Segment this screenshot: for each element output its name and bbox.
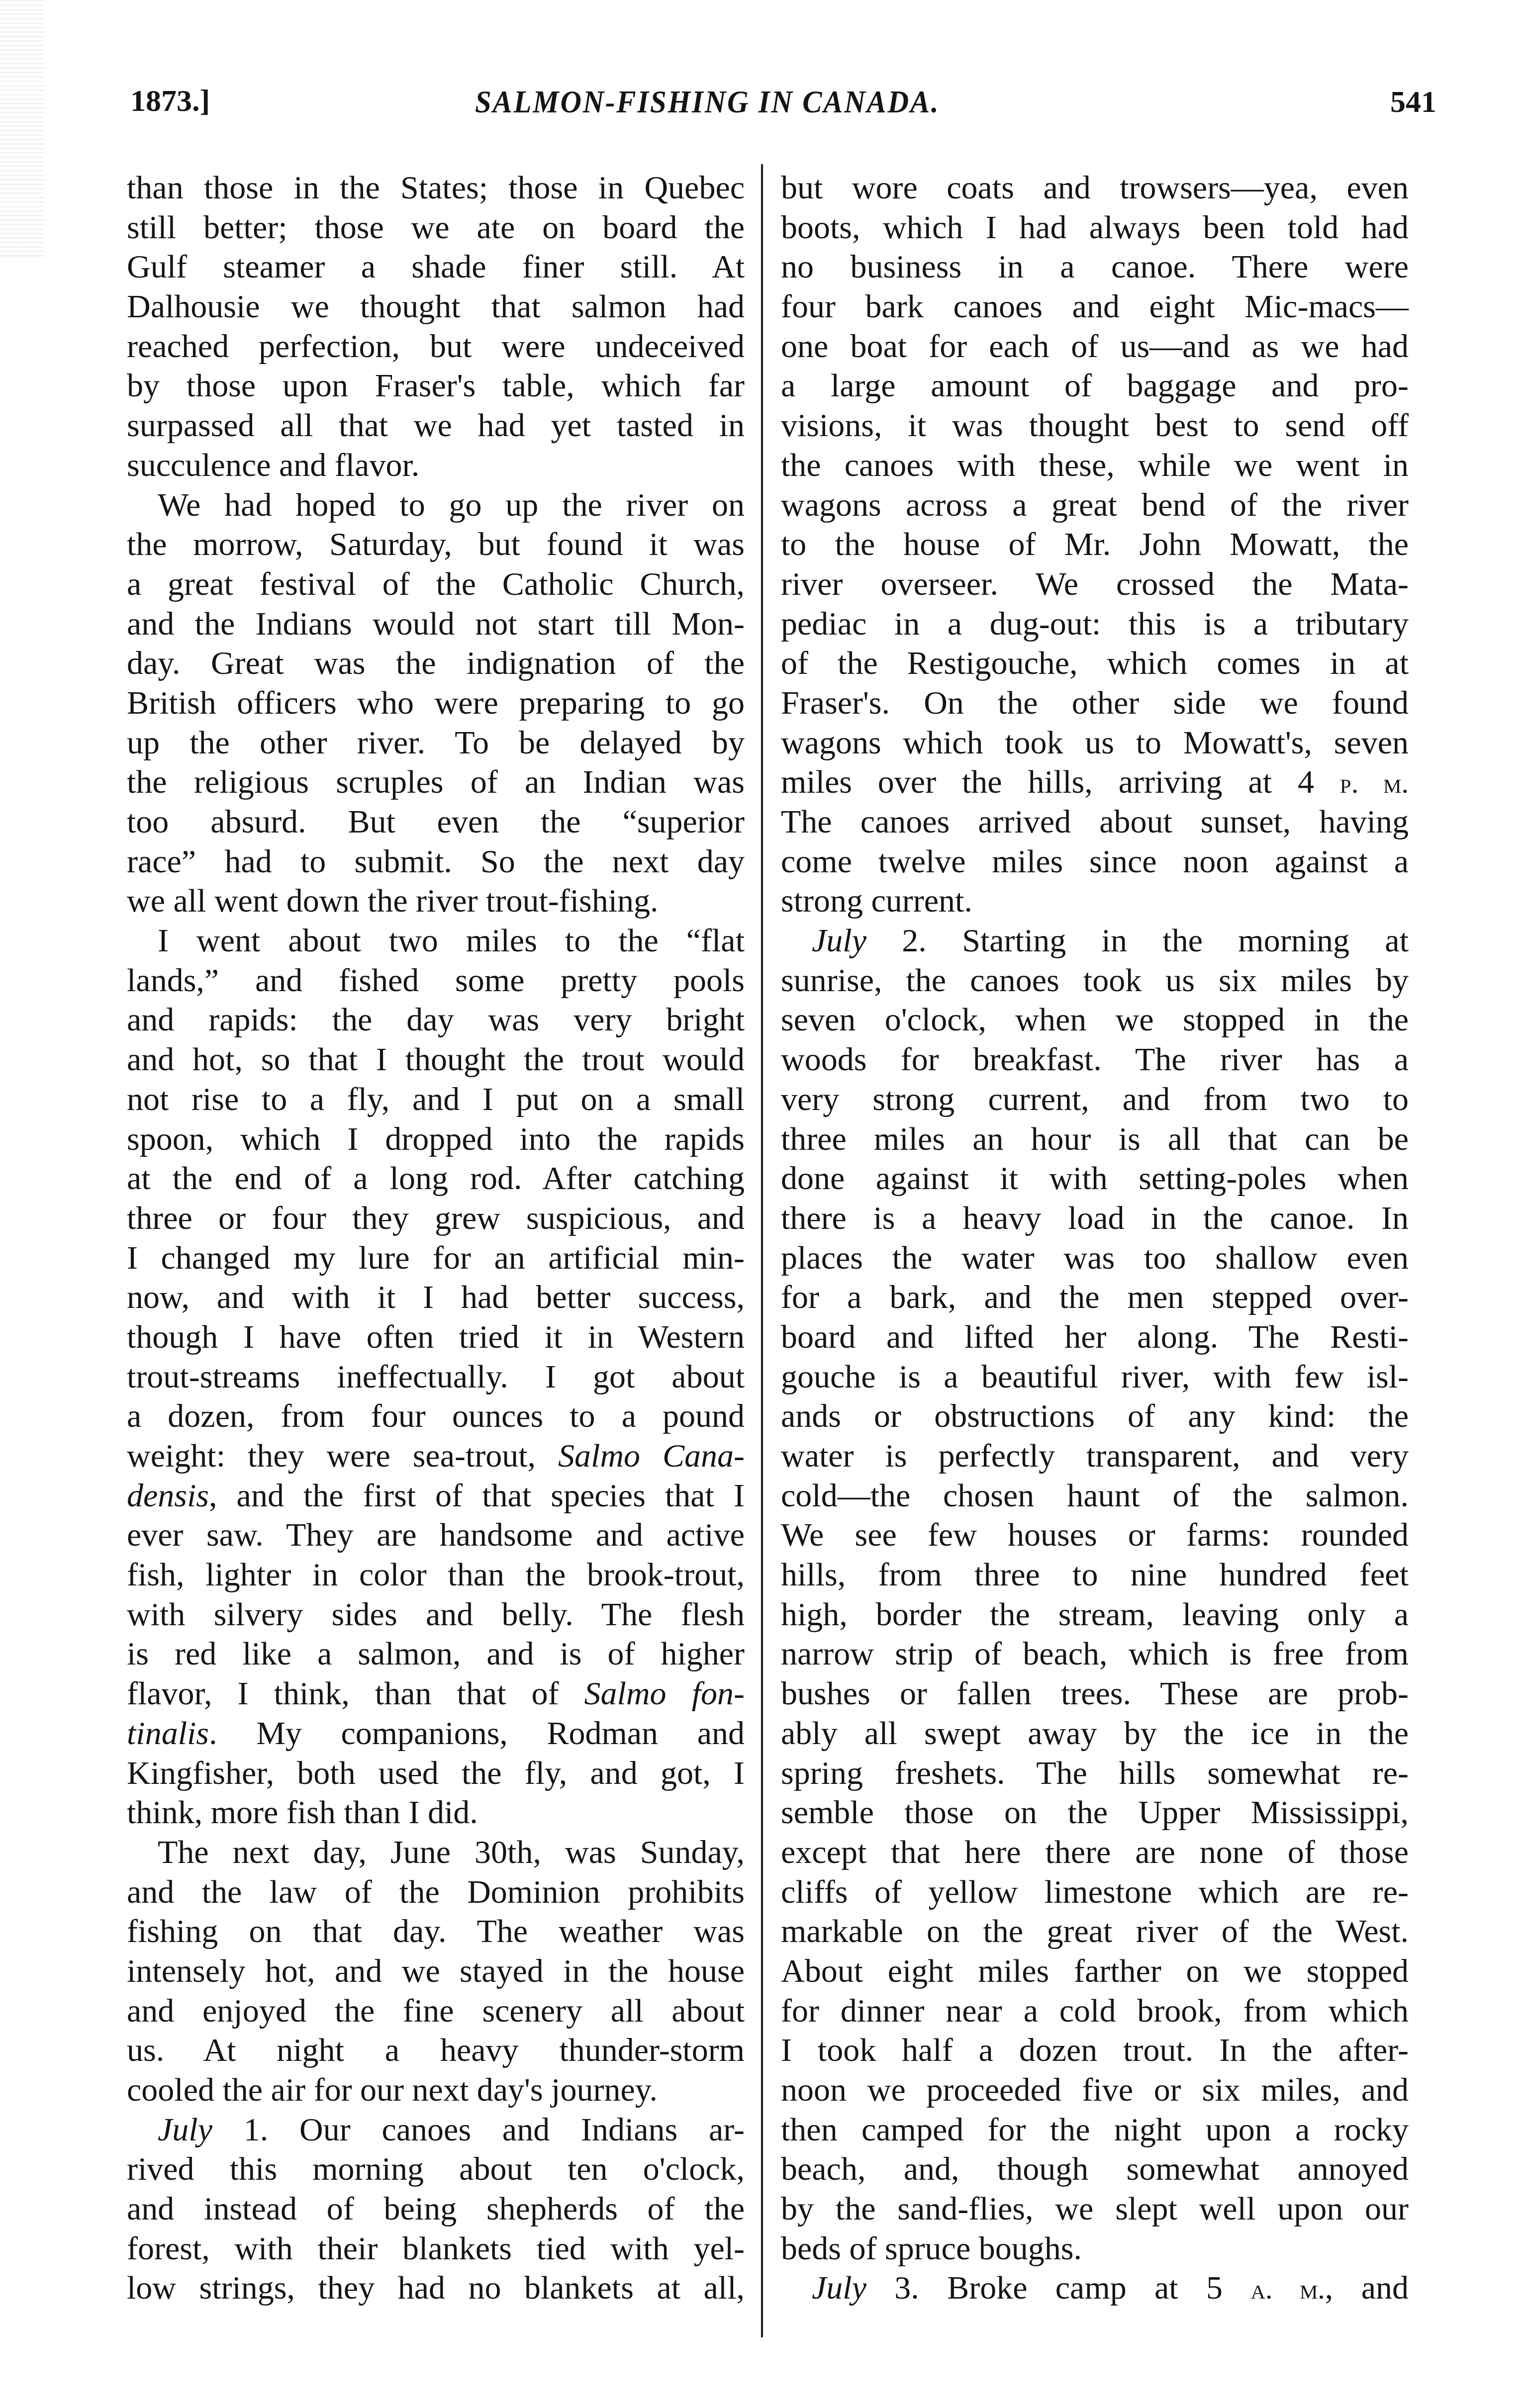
text-line: intensely hot, and we stayed in the hous… xyxy=(127,1951,745,1991)
text-line: and the law of the Dominion prohibits xyxy=(127,1872,745,1912)
line-text: the morrow, Saturday, but found it was xyxy=(127,526,745,562)
text-line: come twelve miles since noon against a xyxy=(781,842,1409,882)
line-text: one boat for each of us—and as we had xyxy=(781,328,1409,365)
text-line: by those upon Fraser's table, which far xyxy=(127,366,745,406)
text-line: visions, it was thought best to send off xyxy=(781,406,1409,446)
line-text: fishing on that day. The weather was xyxy=(127,1913,745,1949)
text-line: seven o'clock, when we stopped in the xyxy=(781,1000,1409,1040)
running-title: SALMON-FISHING IN CANADA. xyxy=(475,84,940,120)
text-line: except that here there are none of those xyxy=(781,1833,1409,1872)
text-line: of the Restigouche, which comes in at xyxy=(781,644,1409,683)
line-text: About eight miles farther on we stopped xyxy=(781,1953,1409,1989)
text-line: reached perfection, but were undeceived xyxy=(127,327,745,367)
text-line: beach, and, though somewhat annoyed xyxy=(781,2149,1409,2189)
line-text: river overseer. We crossed the Mata- xyxy=(781,566,1409,602)
line-text: visions, it was thought best to send off xyxy=(781,407,1409,444)
line-text: is red like a salmon, and is of higher xyxy=(127,1636,745,1672)
text-line: the canoes with these, while we went in xyxy=(781,446,1409,485)
line-text: surpassed all that we had yet tasted in xyxy=(127,407,745,444)
line-text: British officers who were preparing to g… xyxy=(127,685,745,721)
line-text: Dalhousie we thought that salmon had xyxy=(127,288,745,325)
line-text: bushes or fallen trees. These are prob- xyxy=(781,1675,1409,1712)
text-line: cooled the air for our next day's journe… xyxy=(127,2070,745,2110)
text-line: day. Great was the indignation of the xyxy=(127,644,745,683)
line-text: come twelve miles since noon against a xyxy=(781,843,1409,880)
text-line: Dalhousie we thought that salmon had xyxy=(127,287,745,327)
text-line: Kingfisher, both used the fly, and got, … xyxy=(127,1754,745,1793)
column-divider xyxy=(761,164,763,2337)
text-line: The canoes arrived about sunset, having xyxy=(781,802,1409,842)
line-text: wagons which took us to Mowatt's, seven xyxy=(781,725,1409,761)
text-line: a dozen, from four ounces to a pound xyxy=(127,1396,745,1436)
line-text: , and xyxy=(1325,2270,1409,2306)
page-number: 541 xyxy=(1390,85,1436,120)
line-text: ably all swept away by the ice in the xyxy=(781,1715,1409,1752)
text-line: river overseer. We crossed the Mata- xyxy=(781,564,1409,604)
text-line: pediac in a dug-out: this is a tributary xyxy=(781,604,1409,644)
text-line: at the end of a long rod. After catching xyxy=(127,1159,745,1199)
text-line: semble those on the Upper Mississippi, xyxy=(781,1793,1409,1833)
italic-text: densis xyxy=(127,1478,209,1514)
line-text: we all went down the river trout-fishing… xyxy=(127,883,659,919)
line-text: lands,” and fished some pretty pools xyxy=(127,962,745,999)
text-line: no business in a canoe. There were xyxy=(781,247,1409,287)
text-line: We had hoped to go up the river on xyxy=(127,485,745,525)
text-line: tinalis. My companions, Rodman and xyxy=(127,1714,745,1754)
italic-text: Salmo fon- xyxy=(584,1675,745,1712)
text-line: water is perfectly transparent, and very xyxy=(781,1436,1409,1476)
line-text: spring freshets. The hills somewhat re- xyxy=(781,1755,1409,1791)
text-line: too absurd. But even the “superior xyxy=(127,802,745,842)
line-text: narrow strip of beach, which is free fro… xyxy=(781,1636,1409,1672)
text-line: fish, lighter in color than the brook-tr… xyxy=(127,1555,745,1595)
line-text: The canoes arrived about sunset, having xyxy=(781,804,1409,840)
italic-text: July xyxy=(158,2112,212,2148)
line-text: forest, with their blankets tied with ye… xyxy=(127,2230,745,2267)
line-text: race” had to submit. So the next day xyxy=(127,843,745,880)
text-line: wagons across a great bend of the river xyxy=(781,485,1409,525)
text-line: beds of spruce boughs. xyxy=(781,2229,1409,2269)
line-text: and instead of being shepherds of the xyxy=(127,2191,745,2227)
line-text: miles over the hills, arriving at 4 xyxy=(781,764,1340,800)
line-text: strong current. xyxy=(781,883,972,919)
text-line: markable on the great river of the West. xyxy=(781,1912,1409,1951)
text-line: than those in the States; those in Quebe… xyxy=(127,168,745,208)
text-line: I went about two miles to the “flat xyxy=(127,921,745,961)
text-line: for dinner near a cold brook, from which xyxy=(781,1991,1409,2031)
text-line: one boat for each of us—and as we had xyxy=(781,327,1409,367)
line-text: by those upon Fraser's table, which far xyxy=(127,368,745,404)
text-line: sunrise, the canoes took us six miles by xyxy=(781,961,1409,1001)
text-line: is red like a salmon, and is of higher xyxy=(127,1634,745,1674)
line-text: at the end of a long rod. After catching xyxy=(127,1160,745,1197)
line-text: Kingfisher, both used the fly, and got, … xyxy=(127,1755,745,1791)
text-line: spring freshets. The hills somewhat re- xyxy=(781,1754,1409,1793)
line-text: and rapids: the day was very bright xyxy=(127,1002,745,1038)
text-line: the religious scruples of an Indian was xyxy=(127,762,745,802)
line-text: of the Restigouche, which comes in at xyxy=(781,645,1409,681)
text-line: gouche is a beautiful river, with few is… xyxy=(781,1357,1409,1397)
line-text: but wore coats and trowsers—yea, even xyxy=(781,170,1409,206)
text-line: up the other river. To be delayed by xyxy=(127,723,745,763)
text-line: by the sand-flies, we slept well upon ou… xyxy=(781,2189,1409,2229)
line-text: and hot, so that I thought the trout wou… xyxy=(127,1041,745,1078)
text-line: a great festival of the Catholic Church, xyxy=(127,564,745,604)
line-text: places the water was too shallow even xyxy=(781,1240,1409,1276)
text-line: hills, from three to nine hundred feet xyxy=(781,1555,1409,1595)
text-line: and instead of being shepherds of the xyxy=(127,2189,745,2229)
text-line: forest, with their blankets tied with ye… xyxy=(127,2229,745,2269)
text-line: with silvery sides and belly. The flesh xyxy=(127,1595,745,1635)
text-line: weight: they were sea-trout, Salmo Cana- xyxy=(127,1436,745,1476)
line-text: a dozen, from four ounces to a pound xyxy=(127,1398,745,1434)
line-text: very strong current, and from two to xyxy=(781,1081,1409,1117)
text-line: rived this morning about ten o'clock, xyxy=(127,2149,745,2189)
line-text: there is a heavy load in the canoe. In xyxy=(781,1200,1409,1236)
text-line: and enjoyed the fine scenery all about xyxy=(127,1991,745,2031)
italic-text: July xyxy=(812,923,866,959)
text-line: still better; those we ate on board the xyxy=(127,208,745,248)
line-text: three or four they grew suspicious, and xyxy=(127,1200,745,1236)
line-text: low strings, they had no blankets at all… xyxy=(127,2270,745,2306)
line-text: by the sand-flies, we slept well upon ou… xyxy=(781,2191,1409,2227)
text-line: lands,” and fished some pretty pools xyxy=(127,961,745,1001)
text-line: The next day, June 30th, was Sunday, xyxy=(127,1833,745,1872)
text-line: bushes or fallen trees. These are prob- xyxy=(781,1674,1409,1714)
line-text: cold—the chosen haunt of the salmon. xyxy=(781,1478,1409,1514)
line-text: noon we proceeded five or six miles, and xyxy=(781,2072,1409,2108)
line-text: intensely hot, and we stayed in the hous… xyxy=(127,1953,745,1989)
line-text: 3. Broke camp at 5 xyxy=(866,2270,1250,2306)
line-text: cliffs of yellow limestone which are re- xyxy=(781,1874,1409,1910)
line-text: a large amount of baggage and pro- xyxy=(781,368,1409,404)
text-line: places the water was too shallow even xyxy=(781,1238,1409,1278)
line-text: sunrise, the canoes took us six miles by xyxy=(781,962,1409,999)
text-line: I changed my lure for an artificial min- xyxy=(127,1238,745,1278)
line-text: done against it with setting-poles when xyxy=(781,1160,1409,1197)
text-line: very strong current, and from two to xyxy=(781,1080,1409,1119)
text-line: a large amount of baggage and pro- xyxy=(781,366,1409,406)
line-text: and enjoyed the fine scenery all about xyxy=(127,1993,745,2029)
line-text: I took half a dozen trout. In the after- xyxy=(781,2032,1409,2068)
text-line: board and lifted her along. The Resti- xyxy=(781,1317,1409,1357)
line-text: beach, and, though somewhat annoyed xyxy=(781,2151,1409,2187)
line-text: us. At night a heavy thunder-storm xyxy=(127,2032,745,2068)
text-line: strong current. xyxy=(781,881,1409,921)
text-line: not rise to a fly, and I put on a small xyxy=(127,1080,745,1119)
line-text: markable on the great river of the West. xyxy=(781,1913,1409,1949)
text-line: high, border the stream, leaving only a xyxy=(781,1595,1409,1635)
line-text: then camped for the night upon a rocky xyxy=(781,2112,1409,2148)
line-text: woods for breakfast. The river has a xyxy=(781,1041,1409,1078)
text-line: low strings, they had no blankets at all… xyxy=(127,2268,745,2308)
text-line: but wore coats and trowsers—yea, even xyxy=(781,168,1409,208)
line-text: for a bark, and the men stepped over- xyxy=(781,1279,1409,1315)
line-text: cooled the air for our next day's journe… xyxy=(127,2072,658,2108)
text-line: three miles an hour is all that can be xyxy=(781,1119,1409,1159)
line-text: semble those on the Upper Mississippi, xyxy=(781,1794,1409,1831)
line-text: reached perfection, but were undeceived xyxy=(127,328,745,365)
line-text: still better; those we ate on board the xyxy=(127,209,745,246)
line-text: beds of spruce boughs. xyxy=(781,2230,1082,2267)
text-line: miles over the hills, arriving at 4 p. m… xyxy=(781,762,1409,802)
line-text: spoon, which I dropped into the rapids xyxy=(127,1121,745,1157)
text-line: succulence and flavor. xyxy=(127,446,745,485)
text-line: British officers who were preparing to g… xyxy=(127,683,745,723)
text-line: ands or obstructions of any kind: the xyxy=(781,1396,1409,1436)
line-text: I changed my lure for an artificial min- xyxy=(127,1240,745,1276)
line-text: succulence and flavor. xyxy=(127,447,419,483)
text-line: us. At night a heavy thunder-storm xyxy=(127,2031,745,2070)
line-text: 2. Starting in the morning at xyxy=(866,923,1409,959)
line-text: We had hoped to go up the river on xyxy=(158,487,745,523)
text-line: cold—the chosen haunt of the salmon. xyxy=(781,1476,1409,1516)
text-line: About eight miles farther on we stopped xyxy=(781,1951,1409,1991)
line-text: The next day, June 30th, was Sunday, xyxy=(158,1834,745,1870)
line-text: Gulf steamer a shade finer still. At xyxy=(127,249,745,285)
line-text: ands or obstructions of any kind: the xyxy=(781,1398,1409,1434)
text-line: We see few houses or farms: rounded xyxy=(781,1515,1409,1555)
line-text: and the Indians would not start till Mon… xyxy=(127,606,745,642)
line-text: gouche is a beautiful river, with few is… xyxy=(781,1359,1409,1395)
text-line: three or four they grew suspicious, and xyxy=(127,1199,745,1238)
line-text: the canoes with these, while we went in xyxy=(781,447,1409,483)
line-text: board and lifted her along. The Resti- xyxy=(781,1319,1409,1355)
italic-text: July xyxy=(812,2270,866,2306)
line-text: water is perfectly transparent, and very xyxy=(781,1438,1409,1474)
line-text: to the house of Mr. John Mowatt, the xyxy=(781,526,1409,562)
line-text: boots, which I had always been told had xyxy=(781,209,1409,246)
text-line: Fraser's. On the other side we found xyxy=(781,683,1409,723)
line-text: rived this morning about ten o'clock, xyxy=(127,2151,745,2187)
line-text: Fraser's. On the other side we found xyxy=(781,685,1409,721)
text-line: boots, which I had always been told had xyxy=(781,208,1409,248)
text-line: then camped for the night upon a rocky xyxy=(781,2110,1409,2150)
line-text: seven o'clock, when we stopped in the xyxy=(781,1002,1409,1038)
text-line: Gulf steamer a shade finer still. At xyxy=(127,247,745,287)
line-text: We see few houses or farms: rounded xyxy=(781,1517,1409,1553)
text-column-right: but wore coats and trowsers—yea, evenboo… xyxy=(781,168,1409,2308)
line-text: flavor, I think, than that of xyxy=(127,1675,584,1712)
text-line: we all went down the river trout-fishing… xyxy=(127,881,745,921)
line-text: three miles an hour is all that can be xyxy=(781,1121,1409,1157)
line-text: a great festival of the Catholic Church, xyxy=(127,566,745,602)
text-line: surpassed all that we had yet tasted in xyxy=(127,406,745,446)
text-line: spoon, which I dropped into the rapids xyxy=(127,1119,745,1159)
text-column-left: than those in the States; those in Quebe… xyxy=(127,168,745,2308)
text-line: to the house of Mr. John Mowatt, the xyxy=(781,525,1409,564)
text-line: done against it with setting-poles when xyxy=(781,1159,1409,1199)
italic-text: tinalis xyxy=(127,1715,209,1752)
line-text: four bark canoes and eight Mic-macs— xyxy=(781,288,1409,325)
line-text: for dinner near a cold brook, from which xyxy=(781,1993,1409,2029)
text-line: I took half a dozen trout. In the after- xyxy=(781,2031,1409,2070)
line-text: , and the first of that species that I xyxy=(209,1478,745,1514)
text-line: flavor, I think, than that of Salmo fon- xyxy=(127,1674,745,1714)
line-text: now, and with it I had better success, xyxy=(127,1279,745,1315)
line-text: though I have often tried it in Western xyxy=(127,1319,745,1355)
text-line: July 3. Broke camp at 5 a. m., and xyxy=(781,2268,1409,2308)
text-line: cliffs of yellow limestone which are re- xyxy=(781,1872,1409,1912)
line-text: hills, from three to nine hundred feet xyxy=(781,1557,1409,1593)
line-text: . My companions, Rodman and xyxy=(209,1715,745,1752)
text-line: densis, and the first of that species th… xyxy=(127,1476,745,1516)
line-text: except that here there are none of those xyxy=(781,1834,1409,1870)
line-text: with silvery sides and belly. The flesh xyxy=(127,1596,745,1633)
line-text: 1. Our canoes and Indians ar- xyxy=(212,2112,745,2148)
text-line: noon we proceeded five or six miles, and xyxy=(781,2070,1409,2110)
text-line: July 2. Starting in the morning at xyxy=(781,921,1409,961)
small-caps-text: a. m. xyxy=(1250,2273,1325,2305)
line-text: not rise to a fly, and I put on a small xyxy=(127,1081,745,1117)
line-text: pediac in a dug-out: this is a tributary xyxy=(781,606,1409,642)
line-text: than those in the States; those in Quebe… xyxy=(127,170,745,206)
text-line: for a bark, and the men stepped over- xyxy=(781,1278,1409,1317)
line-text: up the other river. To be delayed by xyxy=(127,725,745,761)
text-line: fishing on that day. The weather was xyxy=(127,1912,745,1951)
text-line: woods for breakfast. The river has a xyxy=(781,1040,1409,1080)
header-year: 1873.] xyxy=(130,84,210,119)
line-text: too absurd. But even the “superior xyxy=(127,804,745,840)
text-line: though I have often tried it in Western xyxy=(127,1317,745,1357)
line-text: high, border the stream, leaving only a xyxy=(781,1596,1409,1633)
text-line: the morrow, Saturday, but found it was xyxy=(127,525,745,564)
italic-text: Salmo Cana- xyxy=(558,1438,745,1474)
line-text: the religious scruples of an Indian was xyxy=(127,764,745,800)
line-text: day. Great was the indignation of the xyxy=(127,645,745,681)
line-text: trout-streams ineffectually. I got about xyxy=(127,1359,745,1395)
text-line: there is a heavy load in the canoe. In xyxy=(781,1199,1409,1238)
text-line: and the Indians would not start till Mon… xyxy=(127,604,745,644)
line-text: I went about two miles to the “flat xyxy=(158,923,745,959)
line-text: and the law of the Dominion prohibits xyxy=(127,1874,745,1910)
text-line: now, and with it I had better success, xyxy=(127,1278,745,1317)
text-line: and rapids: the day was very bright xyxy=(127,1000,745,1040)
running-header: 1873.] SALMON-FISHING IN CANADA. 541 xyxy=(0,75,1526,134)
text-line: race” had to submit. So the next day xyxy=(127,842,745,882)
text-line: ably all swept away by the ice in the xyxy=(781,1714,1409,1754)
text-line: July 1. Our canoes and Indians ar- xyxy=(127,2110,745,2150)
line-text: weight: they were sea-trout, xyxy=(127,1438,558,1474)
line-text: wagons across a great bend of the river xyxy=(781,487,1409,523)
line-text: fish, lighter in color than the brook-tr… xyxy=(127,1557,745,1593)
line-text: no business in a canoe. There were xyxy=(781,249,1409,285)
text-line: ever saw. They are handsome and active xyxy=(127,1515,745,1555)
text-line: and hot, so that I thought the trout wou… xyxy=(127,1040,745,1080)
text-line: trout-streams ineffectually. I got about xyxy=(127,1357,745,1397)
text-line: wagons which took us to Mowatt's, seven xyxy=(781,723,1409,763)
text-line: narrow strip of beach, which is free fro… xyxy=(781,1634,1409,1674)
text-line: think, more fish than I did. xyxy=(127,1793,745,1833)
text-line: four bark canoes and eight Mic-macs— xyxy=(781,287,1409,327)
small-caps-text: p. m. xyxy=(1340,767,1409,799)
line-text: ever saw. They are handsome and active xyxy=(127,1517,745,1553)
line-text: think, more fish than I did. xyxy=(127,1794,478,1831)
